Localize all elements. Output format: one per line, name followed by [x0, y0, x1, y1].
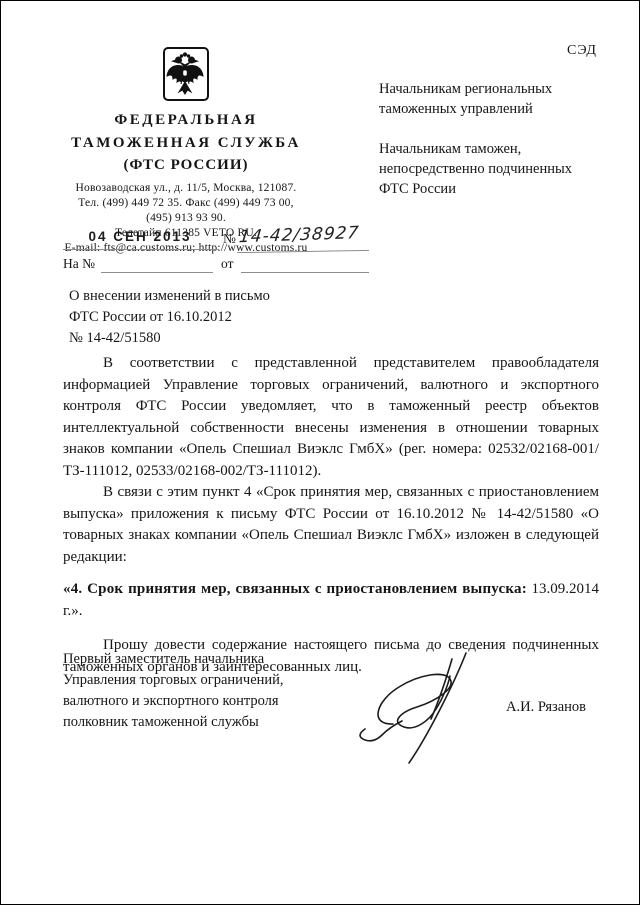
- reply-to-label: На №: [63, 256, 95, 272]
- org-name-line3: (ФТС РОССИИ): [56, 157, 316, 174]
- doc-system-label: СЭД: [567, 43, 597, 59]
- letter-body: В соответствии с представленной представ…: [63, 353, 599, 678]
- address-line: Тел. (499) 449 72 35. Факс (499) 449 73 …: [56, 196, 316, 211]
- signer-name: А.И. Рязанов: [506, 699, 586, 716]
- subject-line: О внесении изменений в письмо ФТС России…: [69, 286, 369, 349]
- address-line: Новозаводская ул., д. 11/5, Москва, 1210…: [56, 181, 316, 196]
- amended-clause-bold: «4. Срок принятия мер, связанных с приос…: [63, 581, 527, 597]
- letter-page: СЭД: [0, 0, 640, 905]
- reply-date-underline: [241, 272, 369, 273]
- amended-clause: «4. Срок принятия мер, связанных с приос…: [63, 579, 599, 622]
- org-name-line2: ТАМОЖЕННАЯ СЛУЖБА: [56, 135, 316, 152]
- emblem-frame: [163, 47, 209, 101]
- body-paragraph-2: В связи с этим пункт 4 «Срок принятия ме…: [63, 482, 599, 568]
- handwritten-number: 14-42/38927: [238, 223, 370, 248]
- reply-from-label: от: [221, 256, 233, 272]
- address-line: (495) 913 93 90.: [56, 211, 316, 226]
- signer-title: Первый заместитель начальника Управления…: [63, 649, 323, 733]
- handwritten-signature-icon: [353, 649, 503, 767]
- letterhead: ФЕДЕРАЛЬНАЯ ТАМОЖЕННАЯ СЛУЖБА (ФТС РОССИ…: [56, 47, 316, 256]
- date-stamp: 04 СЕН 2013: [75, 229, 205, 244]
- body-paragraph-1: В соответствии с представленной представ…: [63, 353, 599, 482]
- addressee-customs: Начальникам таможен, непосредственно под…: [379, 139, 609, 199]
- reply-number-underline: [101, 272, 213, 273]
- double-headed-eagle-icon: [165, 51, 205, 97]
- org-name-line1: ФЕДЕРАЛЬНАЯ: [56, 112, 316, 129]
- date-underline: [63, 249, 219, 250]
- number-label: №: [223, 231, 236, 247]
- addressee-regional: Начальникам региональных таможенных упра…: [379, 79, 609, 119]
